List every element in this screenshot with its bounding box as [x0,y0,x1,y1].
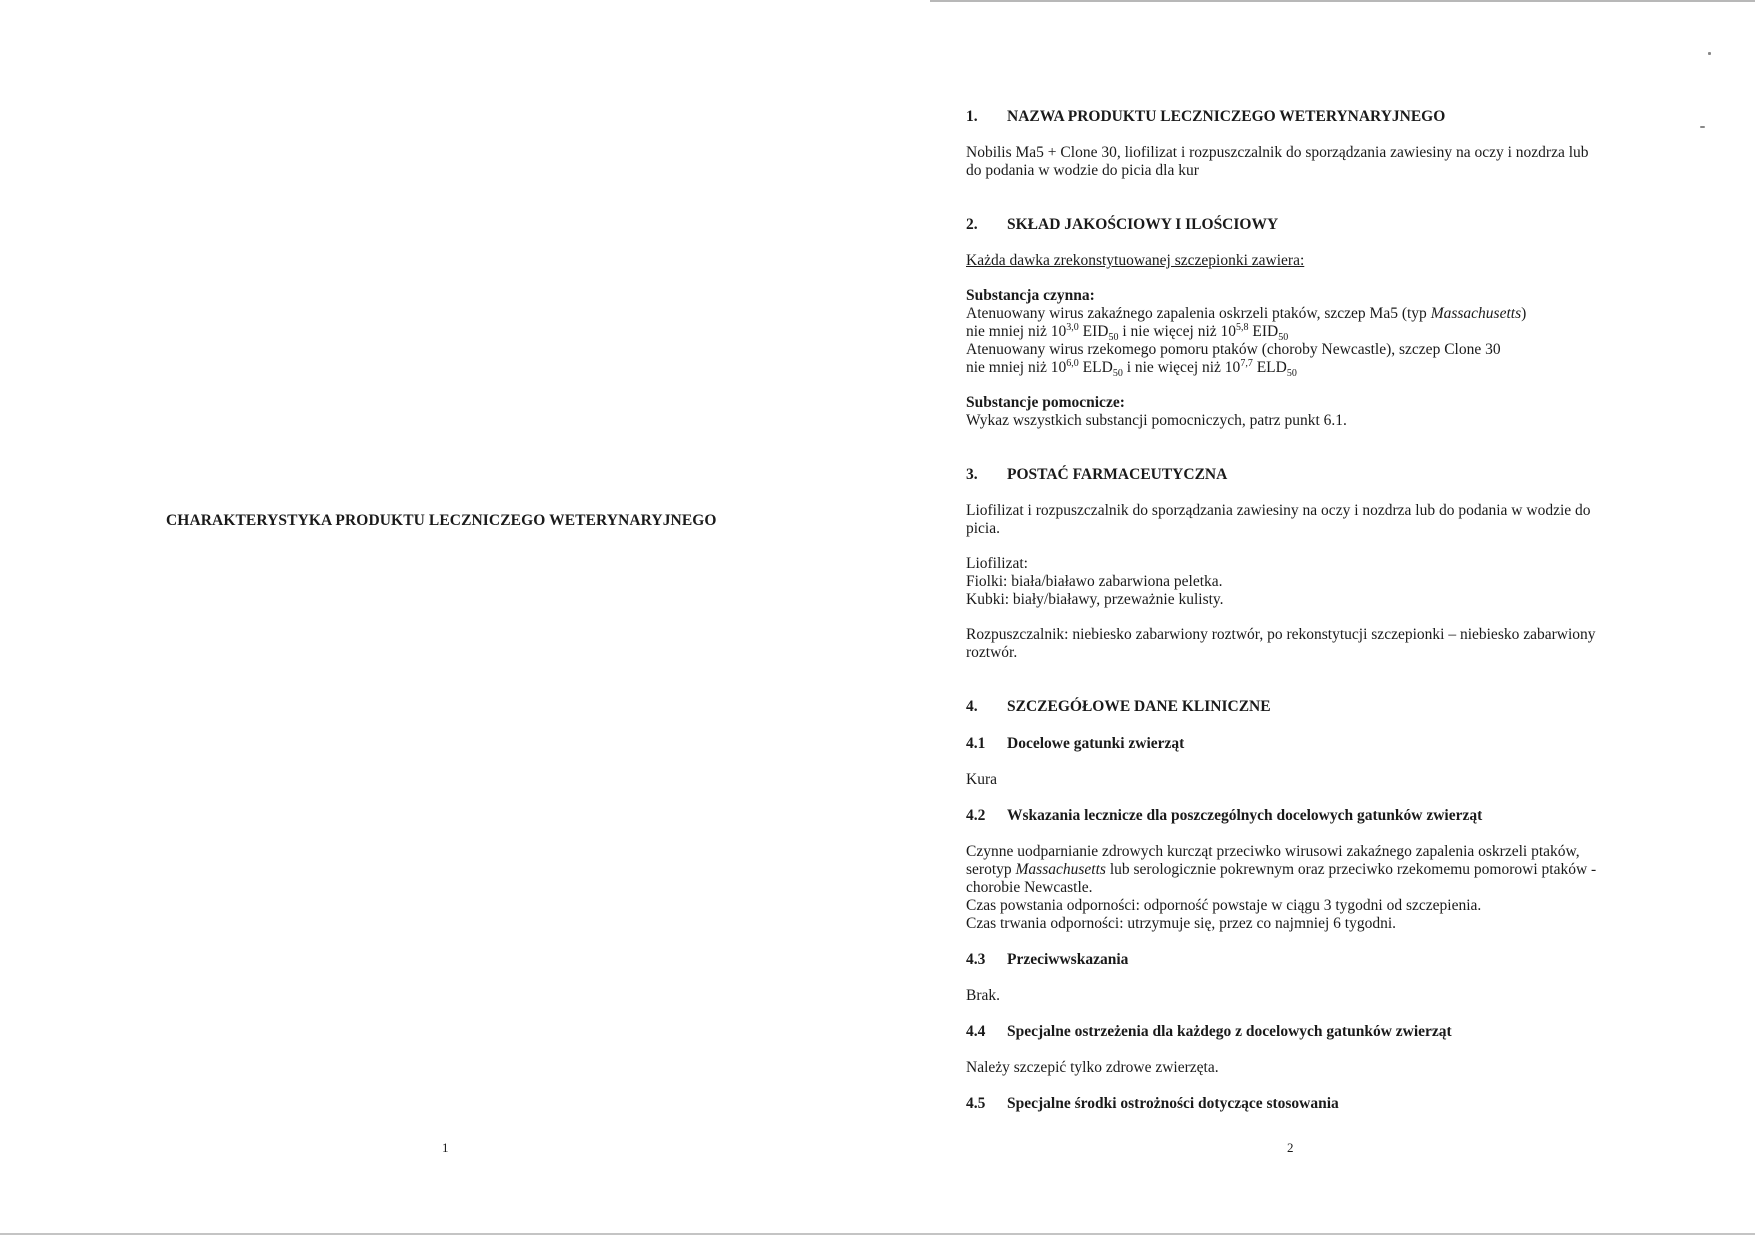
cover-title: CHARAKTERYSTYKA PRODUKTU LECZNICZEGO WET… [166,512,717,530]
right-page: 1. NAZWA PRODUKTU LECZNICZEGO WETERYNARY… [890,0,1755,1230]
scan-edge-bottom [0,1233,1755,1235]
lyophilisate-description: Liofilizat: Fiolki: biała/białawo zabarw… [966,555,1616,609]
indications: Czynne uodparnianie zdrowych kurcząt prz… [966,843,1616,933]
section-number: 2. [966,215,1007,235]
solvent-description: Rozpuszczalnik: niebiesko zabarwiony roz… [966,626,1616,662]
section-title: POSTAĆ FARMACEUTYCZNA [1007,465,1227,485]
subsection-4-1-heading: 4.1 Docelowe gatunki zwierząt [966,734,1616,754]
target-species: Kura [966,771,1616,789]
pharmaceutical-form: Liofilizat i rozpuszczalnik do sporządza… [966,502,1616,538]
subsection-4-2-heading: 4.2 Wskazania lecznicze dla poszczególny… [966,806,1616,826]
subsection-4-3-heading: 4.3 Przeciwwskazania [966,950,1616,970]
section-number: 4. [966,697,1007,717]
left-page: CHARAKTERYSTYKA PRODUKTU LECZNICZEGO WET… [0,0,890,1230]
contraindications: Brak. [966,987,1616,1005]
product-name: Nobilis Ma5 + Clone 30, liofilizat i roz… [966,144,1616,180]
page-content: 1. NAZWA PRODUKTU LECZNICZEGO WETERYNARY… [966,107,1616,1114]
special-warnings: Należy szczepić tylko zdrowe zwierzęta. [966,1059,1616,1077]
section-number: 1. [966,107,1007,127]
subsection-4-5-heading: 4.5 Specjalne środki ostrożności dotyczą… [966,1094,1616,1114]
section-number: 3. [966,465,1007,485]
section-1-heading: 1. NAZWA PRODUKTU LECZNICZEGO WETERYNARY… [966,107,1616,127]
section-title: NAZWA PRODUKTU LECZNICZEGO WETERYNARYJNE… [1007,107,1445,127]
composition-intro: Każda dawka zrekonstytuowanej szczepionk… [966,252,1616,270]
excipients: Substancje pomocnicze: Wykaz wszystkich … [966,394,1616,430]
active-substances: Substancja czynna: Atenuowany wirus zaka… [966,287,1616,377]
section-3-heading: 3. POSTAĆ FARMACEUTYCZNA [966,465,1616,485]
section-title: SKŁAD JAKOŚCIOWY I ILOŚCIOWY [1007,215,1278,235]
subsection-4-4-heading: 4.4 Specjalne ostrzeżenia dla każdego z … [966,1022,1616,1042]
page-number: 1 [442,1140,449,1156]
section-2-heading: 2. SKŁAD JAKOŚCIOWY I ILOŚCIOWY [966,215,1616,235]
section-title: SZCZEGÓŁOWE DANE KLINICZNE [1007,697,1271,717]
page-number: 2 [1287,1140,1294,1156]
section-4-heading: 4. SZCZEGÓŁOWE DANE KLINICZNE [966,697,1616,717]
